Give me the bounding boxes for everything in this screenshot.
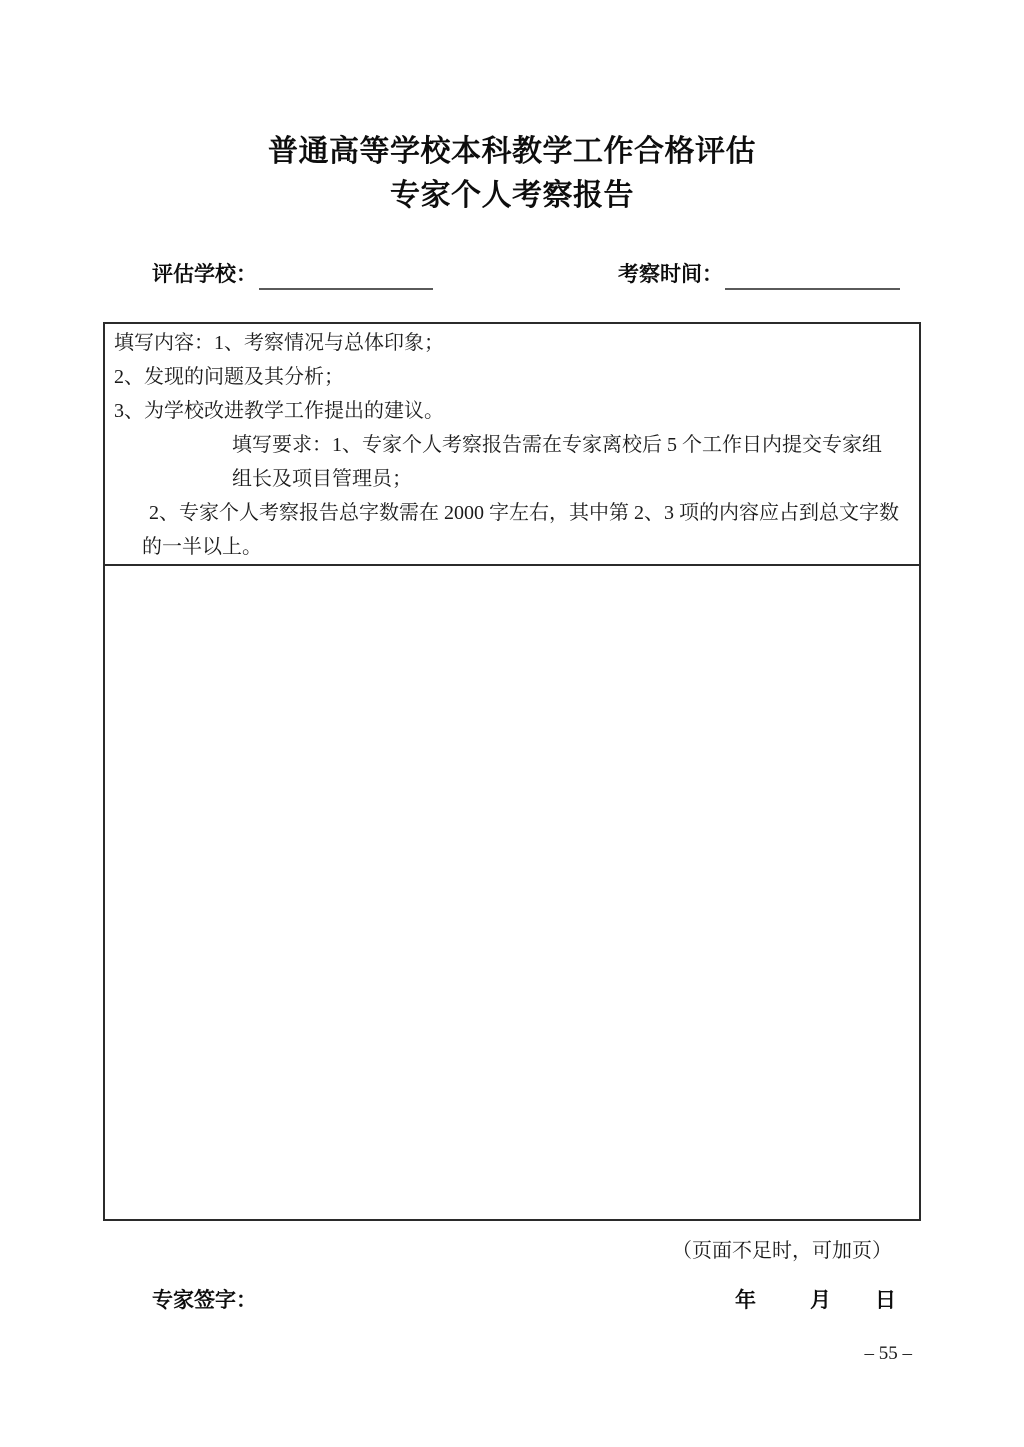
report-body-area[interactable] <box>105 566 919 1219</box>
document-page: 普通高等学校本科教学工作合格评估 专家个人考察报告 评估学校： 考察时间： 填写… <box>0 0 1024 1447</box>
instruction-line-content-1: 填写内容：1、考察情况与总体印象； <box>114 326 910 360</box>
instruction-line-content-2: 2、发现的问题及其分析； <box>114 360 910 394</box>
school-field-label: 评估学校： <box>152 263 257 286</box>
time-field: 考察时间： <box>618 259 900 290</box>
instruction-line-content-3: 3、为学校改进教学工作提出的建议。 <box>114 394 910 428</box>
instruction-line-requirement-2-cont: 的一半以上。 <box>114 530 910 564</box>
school-field: 评估学校： <box>152 259 433 290</box>
report-box: 填写内容：1、考察情况与总体印象； 2、发现的问题及其分析； 3、为学校改进教学… <box>103 322 921 1221</box>
instruction-line-requirement-1-cont: 组长及项目管理员； <box>114 462 910 496</box>
date-fields: 年月日 <box>735 1284 896 1314</box>
document-title-line2: 专家个人考察报告 <box>0 181 1024 211</box>
instruction-line-requirement-1: 填写要求：1、专家个人考察报告需在专家离校后 5 个工作日内提交专家组 <box>114 428 910 462</box>
date-day-label: 日 <box>875 1288 896 1312</box>
expert-signature-label: 专家签字： <box>152 1284 257 1314</box>
school-fill-line[interactable] <box>259 264 433 290</box>
date-year-label: 年 <box>735 1288 756 1312</box>
instructions-section: 填写内容：1、考察情况与总体印象； 2、发现的问题及其分析； 3、为学校改进教学… <box>105 324 919 566</box>
time-field-label: 考察时间： <box>618 263 723 286</box>
time-fill-line[interactable] <box>725 264 900 290</box>
add-page-note: （页面不足时，可加页） <box>672 1234 892 1263</box>
instruction-line-requirement-2: 2、专家个人考察报告总字数需在 2000 字左右，其中第 2、3 项的内容应占到… <box>114 496 910 530</box>
date-month-label: 月 <box>810 1288 831 1312</box>
document-title-line1: 普通高等学校本科教学工作合格评估 <box>0 137 1024 167</box>
page-number: – 55 – <box>865 1343 913 1365</box>
